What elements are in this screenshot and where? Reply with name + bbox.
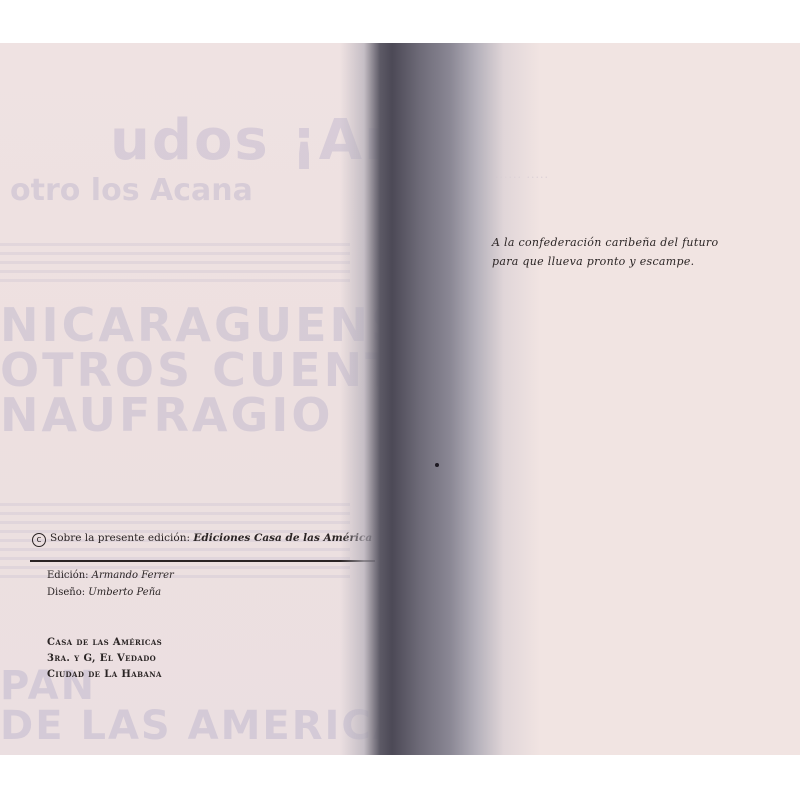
credit-edition: Edición: Armando Ferrer <box>47 567 174 584</box>
address-line: 3ra. y G, El Vedado <box>47 651 162 667</box>
paper-speck <box>435 463 439 467</box>
bleed-through-lines <box>0 243 350 288</box>
dedication-line: para que llueva pronto y escampe. <box>492 252 718 271</box>
left-page: udos ¡Ama otro los Acana NICARAGUENSE OT… <box>0 43 380 755</box>
credit-name: Armando Ferrer <box>92 570 174 581</box>
credits-block: Edición: Armando Ferrer Diseño: Umberto … <box>47 567 174 601</box>
address-line: Casa de las Américas <box>47 635 162 651</box>
book-gutter-shadow <box>340 43 540 755</box>
credit-label: Edición: <box>47 570 92 581</box>
credit-name: Umberto Peña <box>88 587 161 598</box>
publisher-address: Casa de las Américas 3ra. y G, El Vedado… <box>47 635 162 683</box>
copyright-icon: c <box>32 533 46 547</box>
divider-rule <box>30 560 375 562</box>
copyright-line: cSobre la presente edición: Ediciones Ca… <box>32 532 372 547</box>
bleed-through-text: NAUFRAGIO <box>0 388 333 442</box>
address-line: Ciudad de La Habana <box>47 667 162 683</box>
dedication: A la confederación caribeña del futuro p… <box>492 233 718 271</box>
copyright-prefix: Sobre la presente edición: <box>50 532 193 544</box>
credit-design: Diseño: Umberto Peña <box>47 584 174 601</box>
bleed-through-text: otro los Acana <box>10 173 253 208</box>
dedication-line: A la confederación caribeña del futuro <box>492 233 718 252</box>
credit-label: Diseño: <box>47 587 88 598</box>
book-spread: udos ¡Ama otro los Acana NICARAGUENSE OT… <box>0 43 800 755</box>
